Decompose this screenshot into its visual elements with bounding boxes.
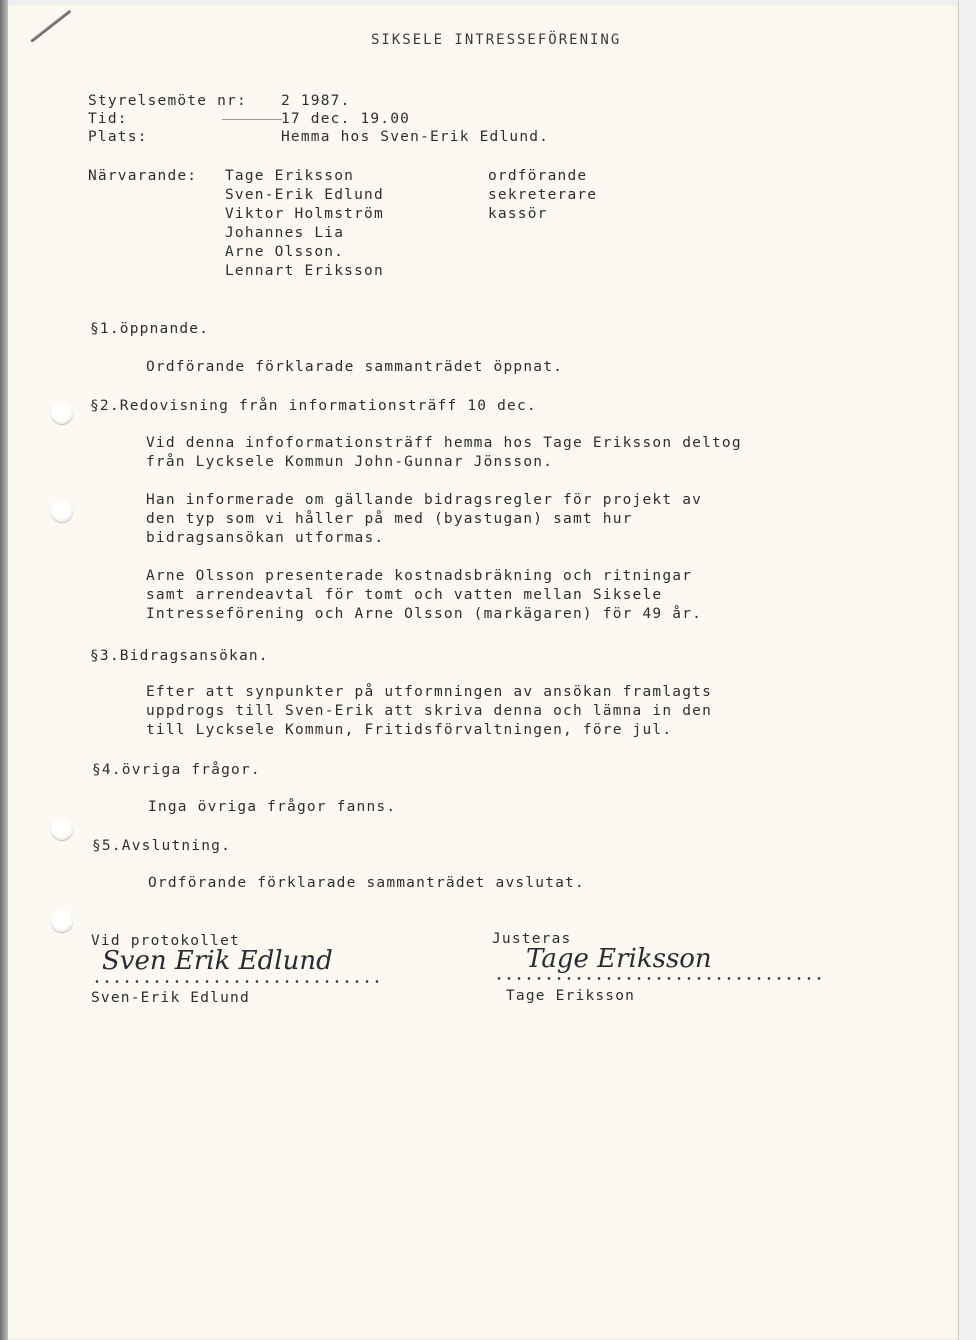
section-text: uppdrogs till Sven-Erik att skriva denna…	[146, 701, 712, 721]
meta-label-place: Plats:	[88, 127, 148, 147]
signature-right-name: Tage Eriksson	[506, 986, 635, 1006]
section-text: Arne Olsson presenterade kostnadsbräknin…	[146, 566, 692, 586]
section-text: Ordförande förklarade sammanträdet öppna…	[146, 357, 563, 377]
attendee-name: Viktor Holmström	[225, 204, 384, 224]
meta-value-meeting: 2 1987.	[281, 91, 351, 111]
section-text: Efter att synpunkter på utformningen av …	[146, 682, 712, 702]
meta-value-time: 17 dec. 19.00	[281, 109, 410, 129]
section-text: den typ som vi håller på med (byastugan)…	[146, 509, 633, 529]
attendee-name: Lennart Eriksson	[225, 261, 384, 281]
attendee-role: ordförande	[488, 166, 587, 186]
punch-hole-icon	[51, 402, 73, 424]
attendee-role: kassör	[488, 204, 548, 224]
section-heading: §3.Bidragsansökan.	[90, 646, 269, 666]
attendee-name: Sven-Erik Edlund	[225, 185, 384, 205]
section-text: bidragsansökan utformas.	[146, 528, 384, 548]
attendee-name: Johannes Lia	[225, 223, 344, 243]
signature-right-handwriting: Tage Eriksson	[526, 944, 712, 974]
signature-left-line	[92, 980, 382, 983]
section-text: från Lycksele Kommun John-Gunnar Jönsson…	[146, 452, 553, 472]
section-text: samt arrendeavtal för tomt och vatten me…	[146, 585, 662, 605]
section-heading: §1.öppnande.	[90, 319, 209, 339]
attendees-label: Närvarande:	[88, 166, 197, 186]
section-text: Intresseförening och Arne Olsson (markäg…	[146, 604, 702, 624]
section-heading: §5.Avslutning.	[92, 836, 231, 856]
signature-left-name: Sven-Erik Edlund	[91, 988, 250, 1008]
meta-label-time: Tid:	[88, 109, 128, 129]
attendee-name: Arne Olsson.	[225, 242, 344, 262]
strike-line	[222, 119, 282, 120]
section-text: Inga övriga frågor fanns.	[148, 797, 396, 817]
document-page	[8, 4, 960, 1340]
section-text: Han informerade om gällande bidragsregle…	[146, 490, 702, 510]
attendee-role: sekreterare	[488, 185, 597, 205]
section-heading: §4.övriga frågor.	[92, 760, 261, 780]
meta-label-meeting: Styrelsemöte nr:	[88, 91, 247, 111]
punch-hole-icon	[51, 500, 73, 522]
attendee-name: Tage Eriksson	[225, 166, 354, 186]
section-text: Vid denna infoformationsträff hemma hos …	[146, 433, 742, 453]
section-text: till Lycksele Kommun, Fritidsförvaltning…	[146, 720, 672, 740]
punch-hole-icon	[51, 818, 73, 840]
signature-left-handwriting: Sven Erik Edlund	[102, 946, 333, 976]
meta-value-place: Hemma hos Sven-Erik Edlund.	[281, 127, 549, 147]
scan-left-edge	[0, 0, 8, 1340]
signature-right-line	[494, 977, 824, 980]
section-text: Ordförande förklarade sammanträdet avslu…	[148, 873, 585, 893]
document-header: SIKSELE INTRESSEFÖRENING	[371, 30, 621, 50]
scan-right-edge	[958, 0, 976, 1340]
punch-hole-icon	[51, 910, 73, 932]
section-heading: §2.Redovisning från informationsträff 10…	[90, 396, 537, 416]
